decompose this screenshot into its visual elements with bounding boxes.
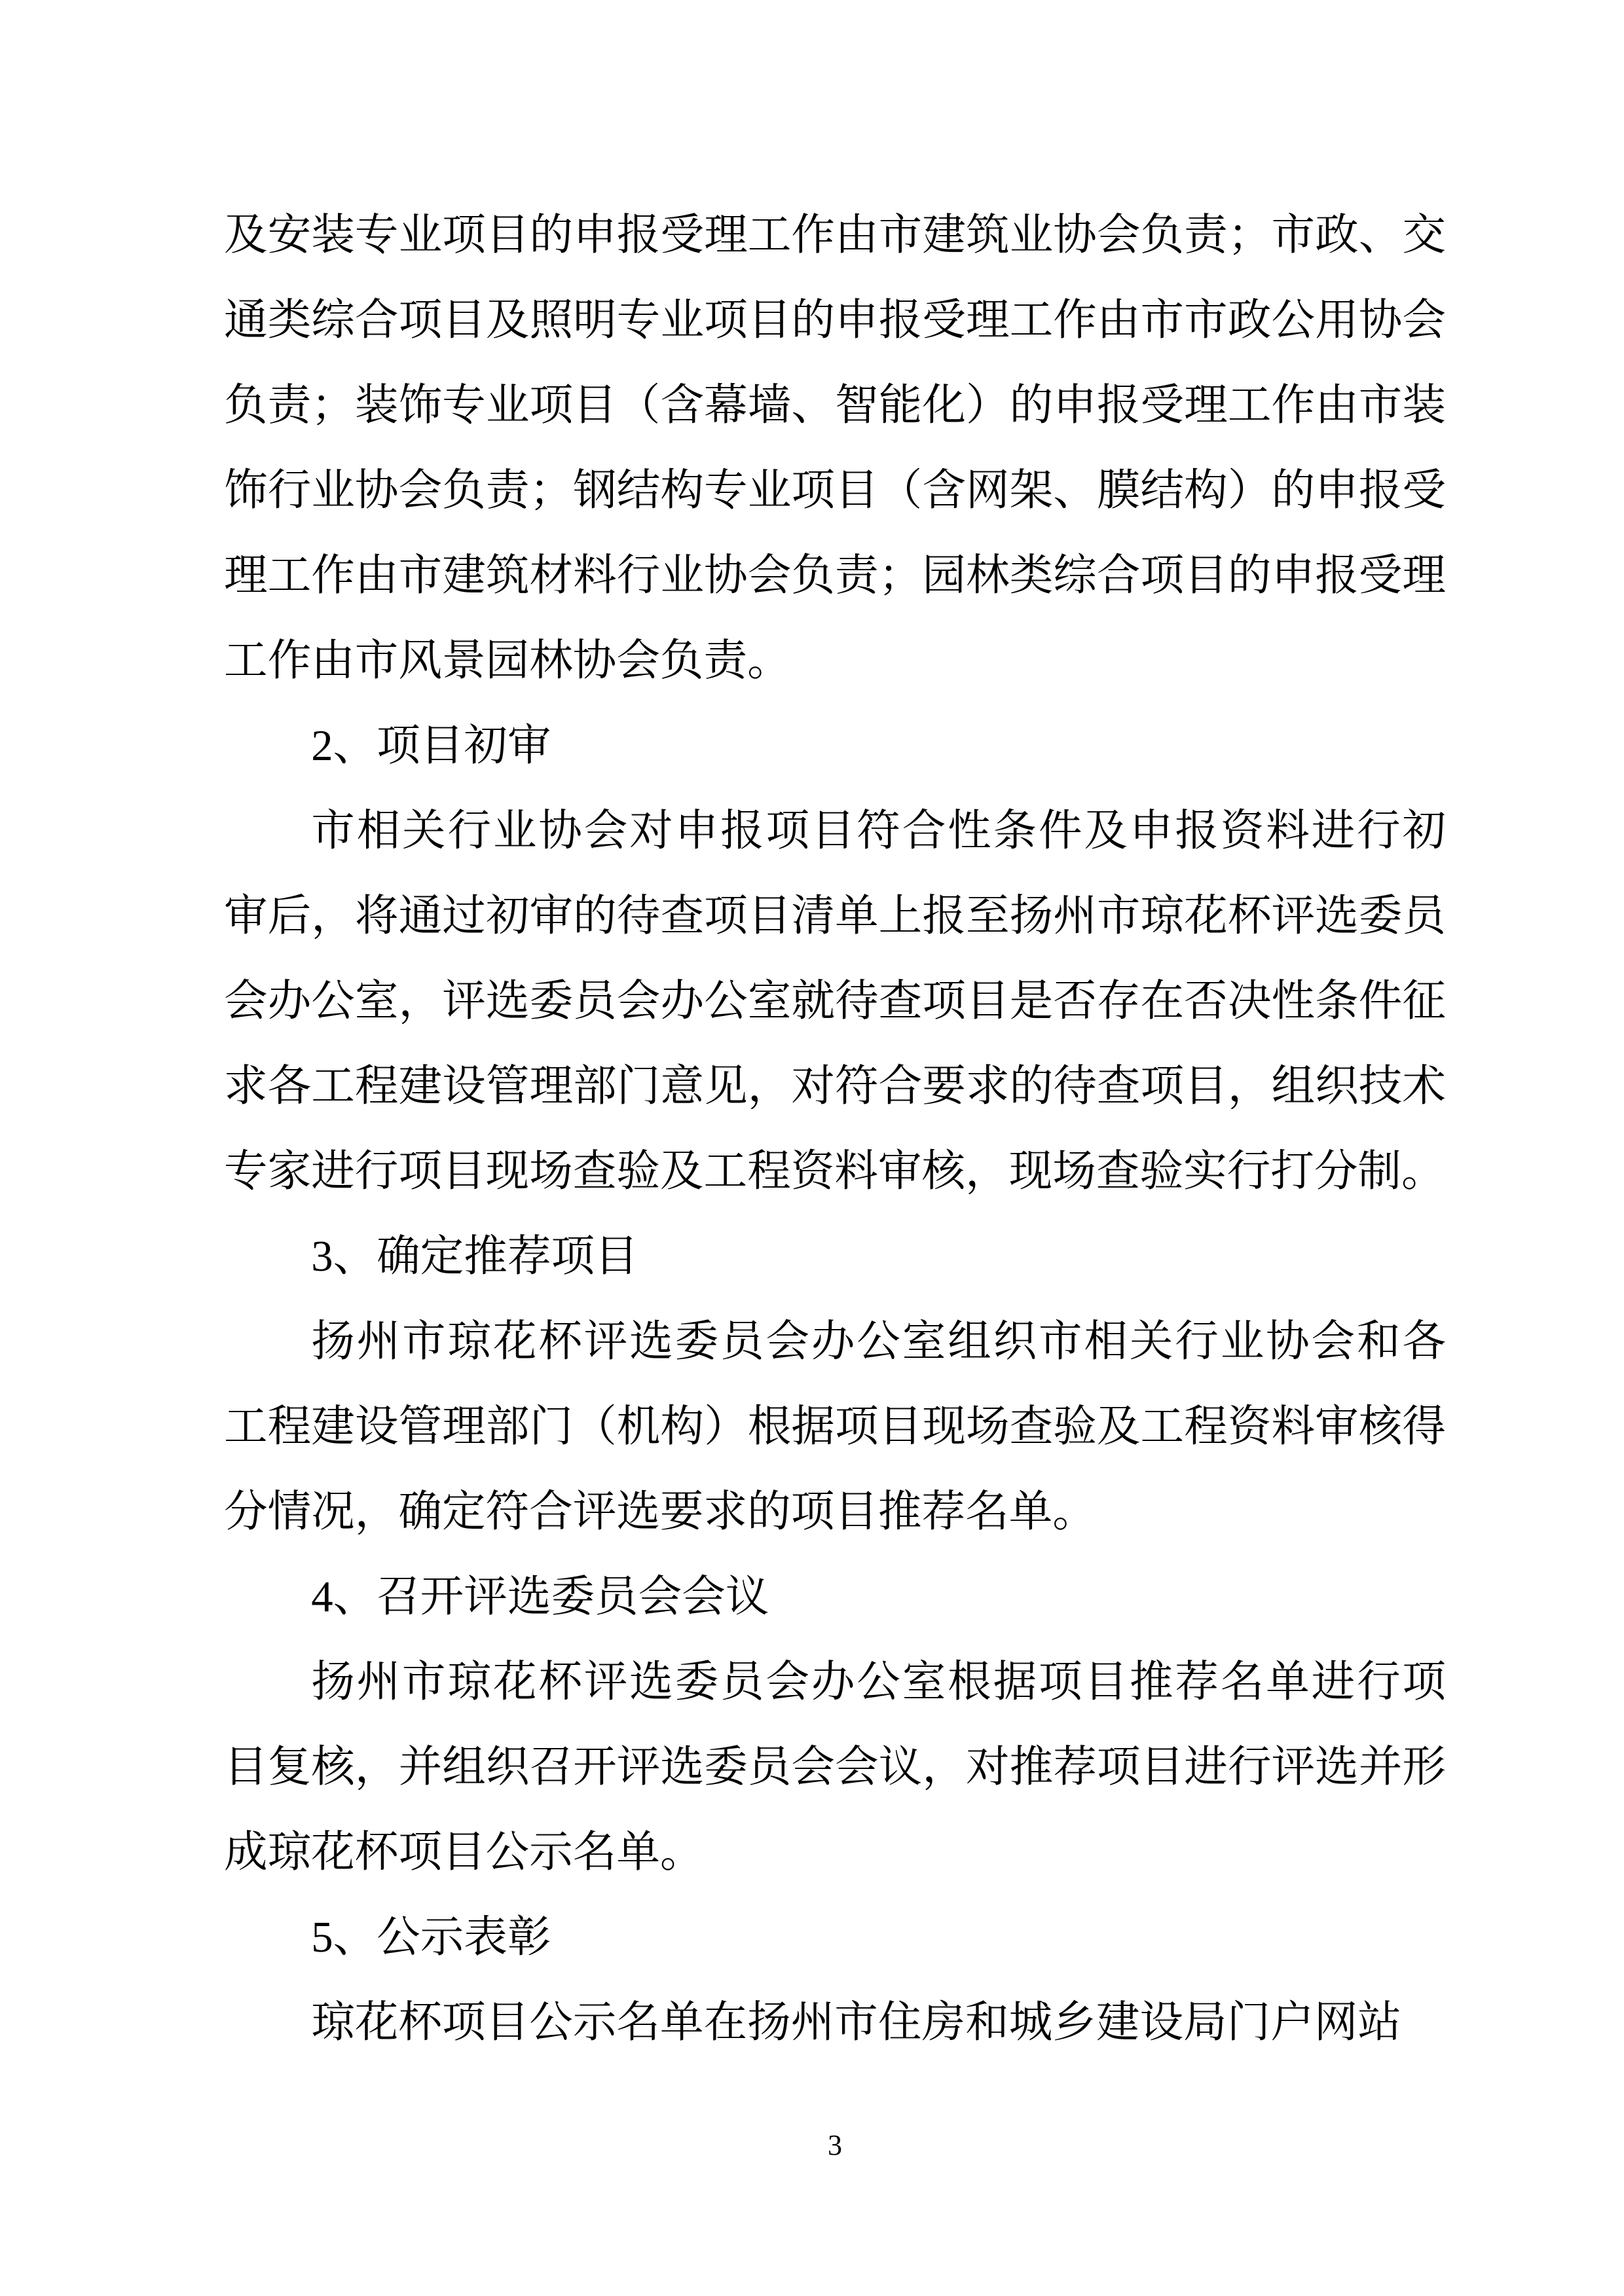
document-line: 饰行业协会负责；钢结构专业项目（含网架、膜结构）的申报受 bbox=[224, 448, 1446, 534]
document-line: 专家进行项目现场查验及工程资料审核，现场查验实行打分制。 bbox=[224, 1129, 1446, 1214]
document-body: 及安装专业项目的申报受理工作由市建筑业协会负责；市政、交通类综合项目及照明专业项… bbox=[224, 193, 1446, 2066]
document-line: 理工作由市建筑材料行业协会负责；园林类综合项目的申报受理 bbox=[224, 534, 1446, 619]
document-line: 扬州市琼花杯评选委员会办公室根据项目推荐名单进行项 bbox=[224, 1640, 1446, 1725]
document-line: 求各工程建设管理部门意见，对符合要求的待查项目，组织技术 bbox=[224, 1044, 1446, 1129]
document-page: 及安装专业项目的申报受理工作由市建筑业协会负责；市政、交通类综合项目及照明专业项… bbox=[0, 0, 1624, 2296]
document-line: 工作由市风景园林协会负责。 bbox=[224, 619, 1446, 704]
document-line: 市相关行业协会对申报项目符合性条件及申报资料进行初 bbox=[224, 789, 1446, 874]
document-line: 4、召开评选委员会会议 bbox=[224, 1555, 1446, 1640]
document-line: 2、项目初审 bbox=[224, 704, 1446, 789]
document-line: 5、公示表彰 bbox=[224, 1895, 1446, 1980]
document-line: 琼花杯项目公示名单在扬州市住房和城乡建设局门户网站 bbox=[224, 1980, 1446, 2066]
document-line: 审后，将通过初审的待查项目清单上报至扬州市琼花杯评选委员 bbox=[224, 874, 1446, 959]
page-number: 3 bbox=[224, 2129, 1446, 2162]
document-line: 工程建设管理部门（机构）根据项目现场查验及工程资料审核得 bbox=[224, 1385, 1446, 1470]
document-line: 分情况，确定符合评选要求的项目推荐名单。 bbox=[224, 1470, 1446, 1555]
document-line: 成琼花杯项目公示名单。 bbox=[224, 1810, 1446, 1895]
document-line: 及安装专业项目的申报受理工作由市建筑业协会负责；市政、交 bbox=[224, 193, 1446, 278]
document-line: 负责；装饰专业项目（含幕墙、智能化）的申报受理工作由市装 bbox=[224, 363, 1446, 448]
document-line: 3、确定推荐项目 bbox=[224, 1214, 1446, 1300]
document-line: 目复核，并组织召开评选委员会会议，对推荐项目进行评选并形 bbox=[224, 1725, 1446, 1810]
document-line: 通类综合项目及照明专业项目的申报受理工作由市市政公用协会 bbox=[224, 278, 1446, 363]
document-line: 会办公室，评选委员会办公室就待查项目是否存在否决性条件征 bbox=[224, 959, 1446, 1044]
document-line: 扬州市琼花杯评选委员会办公室组织市相关行业协会和各 bbox=[224, 1300, 1446, 1385]
